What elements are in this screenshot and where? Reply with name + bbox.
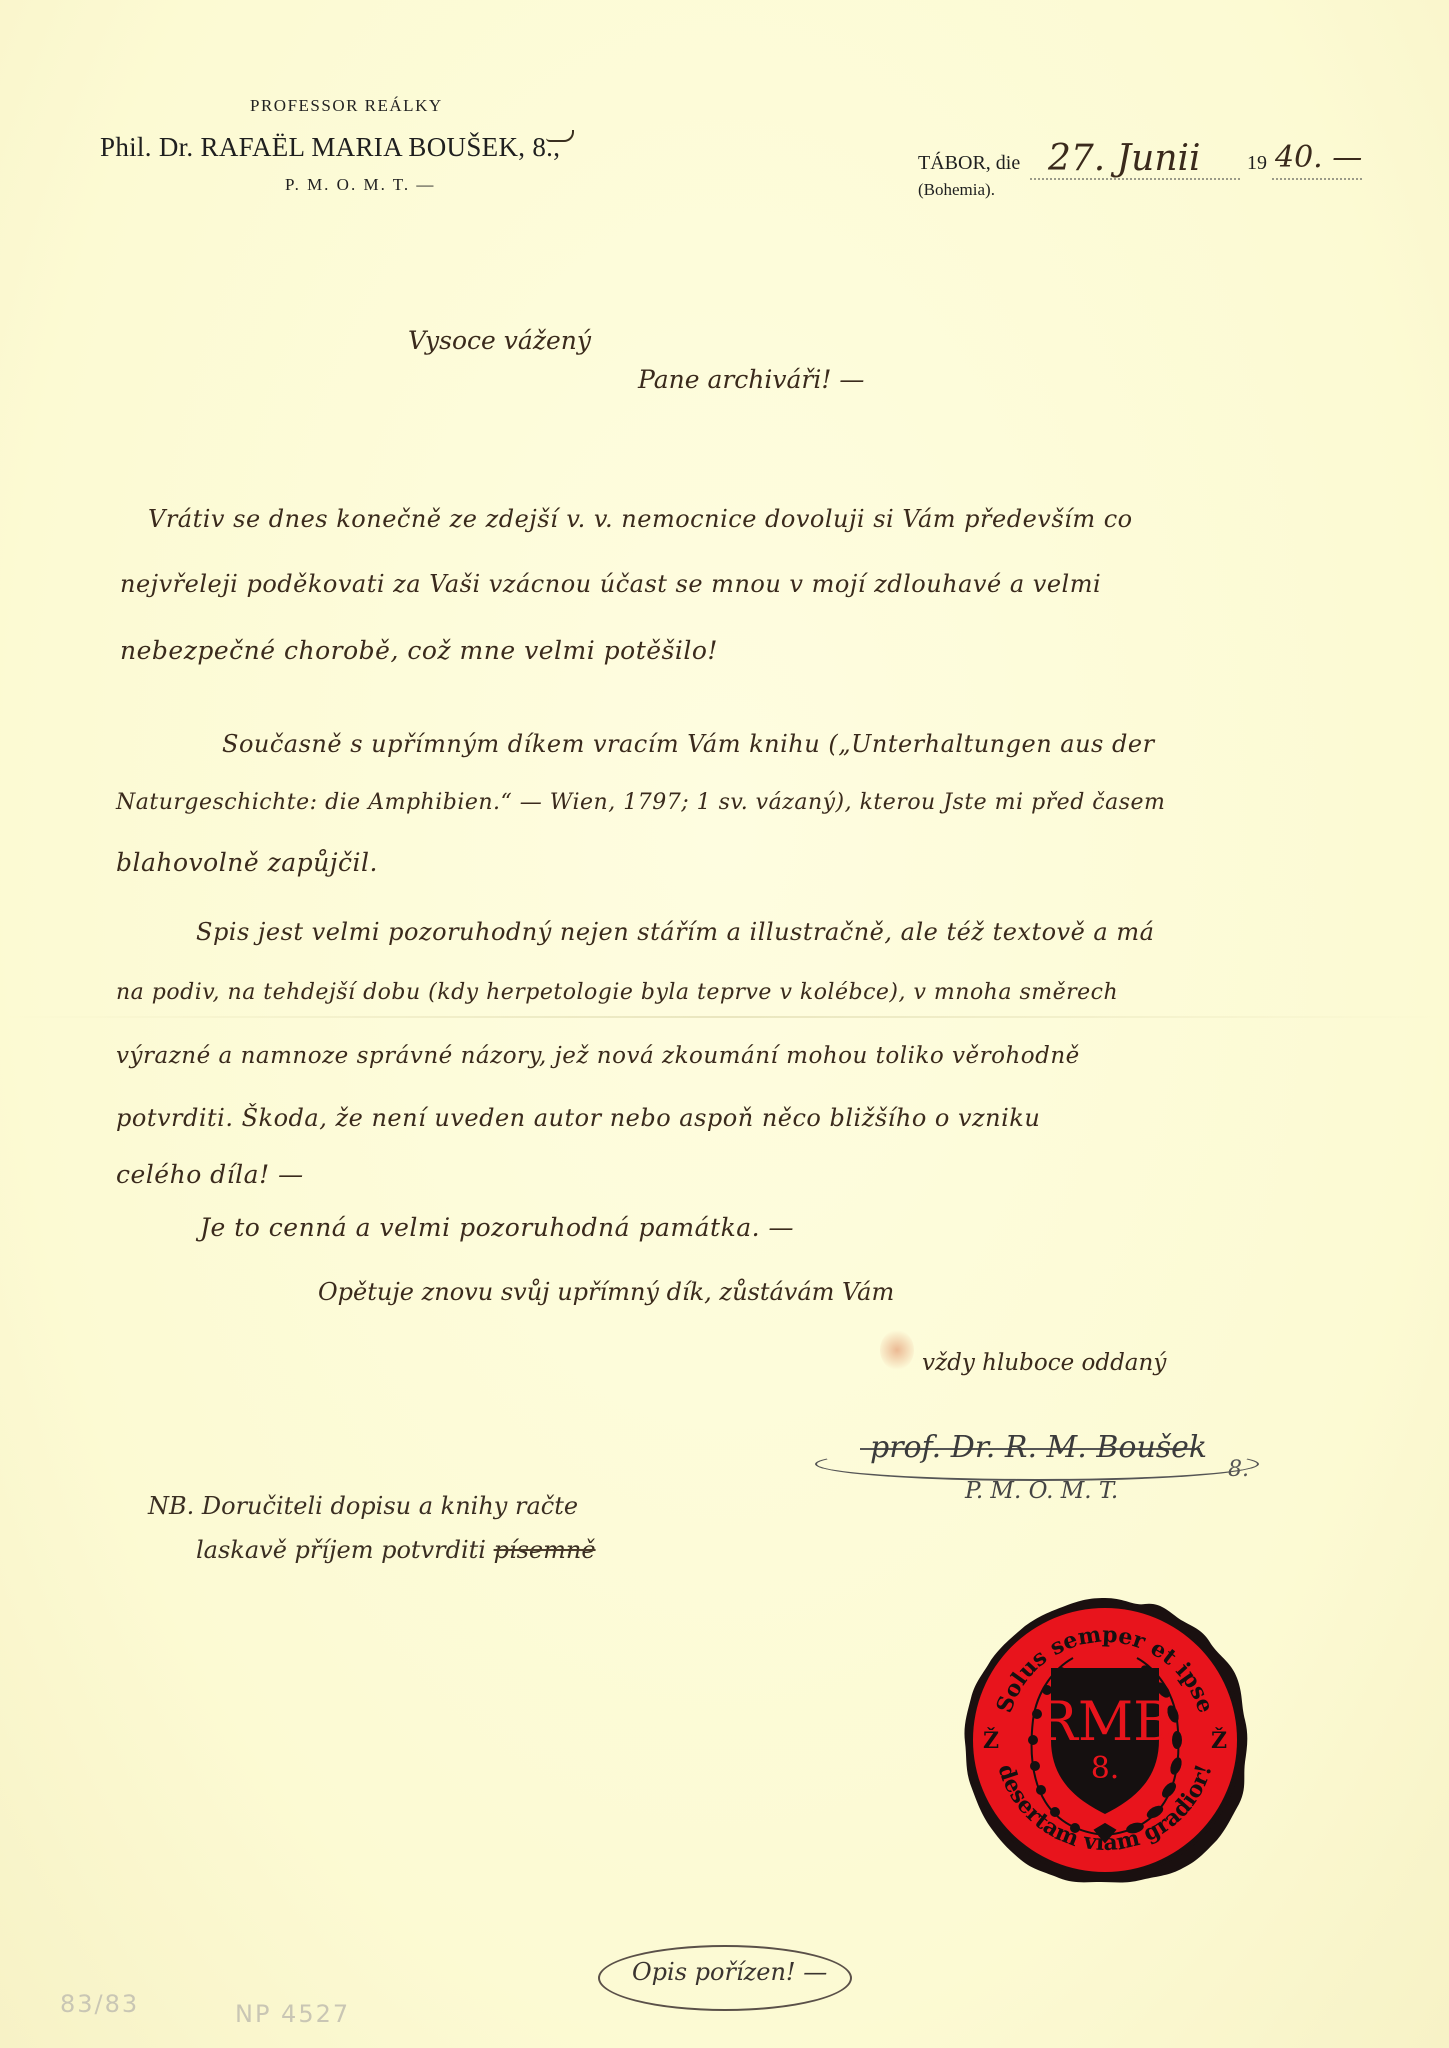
body-p3-line-5: celého díla! — bbox=[116, 1160, 304, 1189]
closing-line-2: vždy hluboce oddaný bbox=[922, 1350, 1166, 1376]
body-p3-line-4: potvrditi. Škoda, že není uveden autor n… bbox=[116, 1104, 1040, 1132]
body-p2-line-2: Naturgeschichte: die Amphibien.“ — Wien,… bbox=[116, 790, 1165, 815]
copy-note: Opis pořízen! — bbox=[632, 1958, 827, 1986]
year-prefix: 19 bbox=[1247, 152, 1267, 175]
signature-suffix: 8. bbox=[1228, 1457, 1249, 1482]
wax-seal: Solus semper et ipse desertam viam gradi… bbox=[955, 1590, 1255, 1890]
letterhead-name-text: Phil. Dr. RAFAËL MARIA BOUŠEK, 8., bbox=[100, 132, 560, 162]
year-dotted-line bbox=[1272, 178, 1362, 180]
signature-order: P. M. O. M. T. bbox=[965, 1478, 1118, 1504]
postscript-line-2: laskavě příjem potvrditi písemně bbox=[196, 1536, 596, 1564]
date-year: 40. — bbox=[1275, 140, 1362, 175]
body-p1-line-2: nejvřeleji poděkovati za Vaši vzácnou úč… bbox=[120, 570, 1101, 598]
date-day-month: 27. Junii bbox=[1048, 138, 1201, 179]
salutation-line-2: Pane archiváři! — bbox=[638, 365, 864, 394]
paper-fold-crease bbox=[0, 1016, 1449, 1018]
body-p3-line-2: na podiv, na tehdejší dobu (kdy herpetol… bbox=[116, 980, 1118, 1005]
pencil-archive-number-left: 83/83 bbox=[60, 1990, 139, 2018]
seal-right-mark: Ž bbox=[1211, 1727, 1227, 1754]
body-p3-line-1: Spis jest velmi pozoruhodný nejen stářím… bbox=[196, 918, 1154, 946]
signature: prof. Dr. R. M. Boušek bbox=[870, 1430, 1207, 1465]
seal-number: 8. bbox=[1091, 1751, 1120, 1786]
body-p3-line-3: výrazné a namnoze správné názory, jež no… bbox=[116, 1043, 1080, 1069]
letterhead-name: Phil. Dr. RAFAËL MARIA BOUŠEK, 8., bbox=[100, 132, 560, 163]
region-label: (Bohemia). bbox=[918, 180, 995, 200]
body-p1-line-1: Vrátiv se dnes konečně ze zdejší v. v. n… bbox=[148, 505, 1133, 533]
place-label: TÁBOR, die bbox=[918, 152, 1020, 175]
seal-left-mark: Ž bbox=[983, 1727, 999, 1754]
salutation-line-1: Vysoce vážený bbox=[408, 326, 591, 355]
postscript-line-1: NB. Doručiteli dopisu a knihy račte bbox=[148, 1492, 578, 1520]
body-p2-line-1: Současně s upřímným díkem vracím Vám kni… bbox=[222, 730, 1155, 758]
letterhead-title: PROFESSOR REÁLKY bbox=[250, 96, 443, 116]
letterhead-order: P. M. O. M. T. — bbox=[285, 175, 435, 195]
seal-monogram: RMB bbox=[1037, 1690, 1173, 1753]
closing-line-1: Opětuje znovu svůj upřímný dík, zůstávám… bbox=[318, 1278, 894, 1306]
body-p1-line-3: nebezpečné chorobě, což mne velmi potěši… bbox=[120, 636, 718, 665]
ink-stain bbox=[880, 1330, 914, 1370]
body-p2-line-3: blahovolně zapůjčil. bbox=[116, 848, 378, 877]
body-p4: Je to cenná a velmi pozoruhodná památka.… bbox=[200, 1213, 794, 1242]
postscript-struck-word: písemně bbox=[494, 1536, 596, 1564]
postscript-text: laskavě příjem potvrditi bbox=[196, 1536, 486, 1564]
pencil-archive-number-right: NP 4527 bbox=[235, 2000, 350, 2028]
